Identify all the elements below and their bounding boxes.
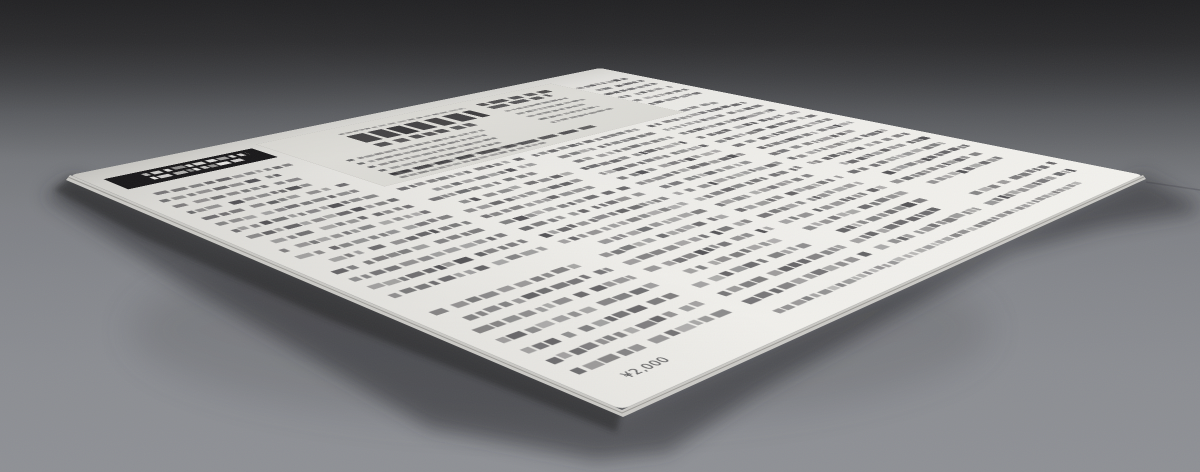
photo-lp-insert-scene: ¥2,000 bbox=[0, 0, 1200, 472]
